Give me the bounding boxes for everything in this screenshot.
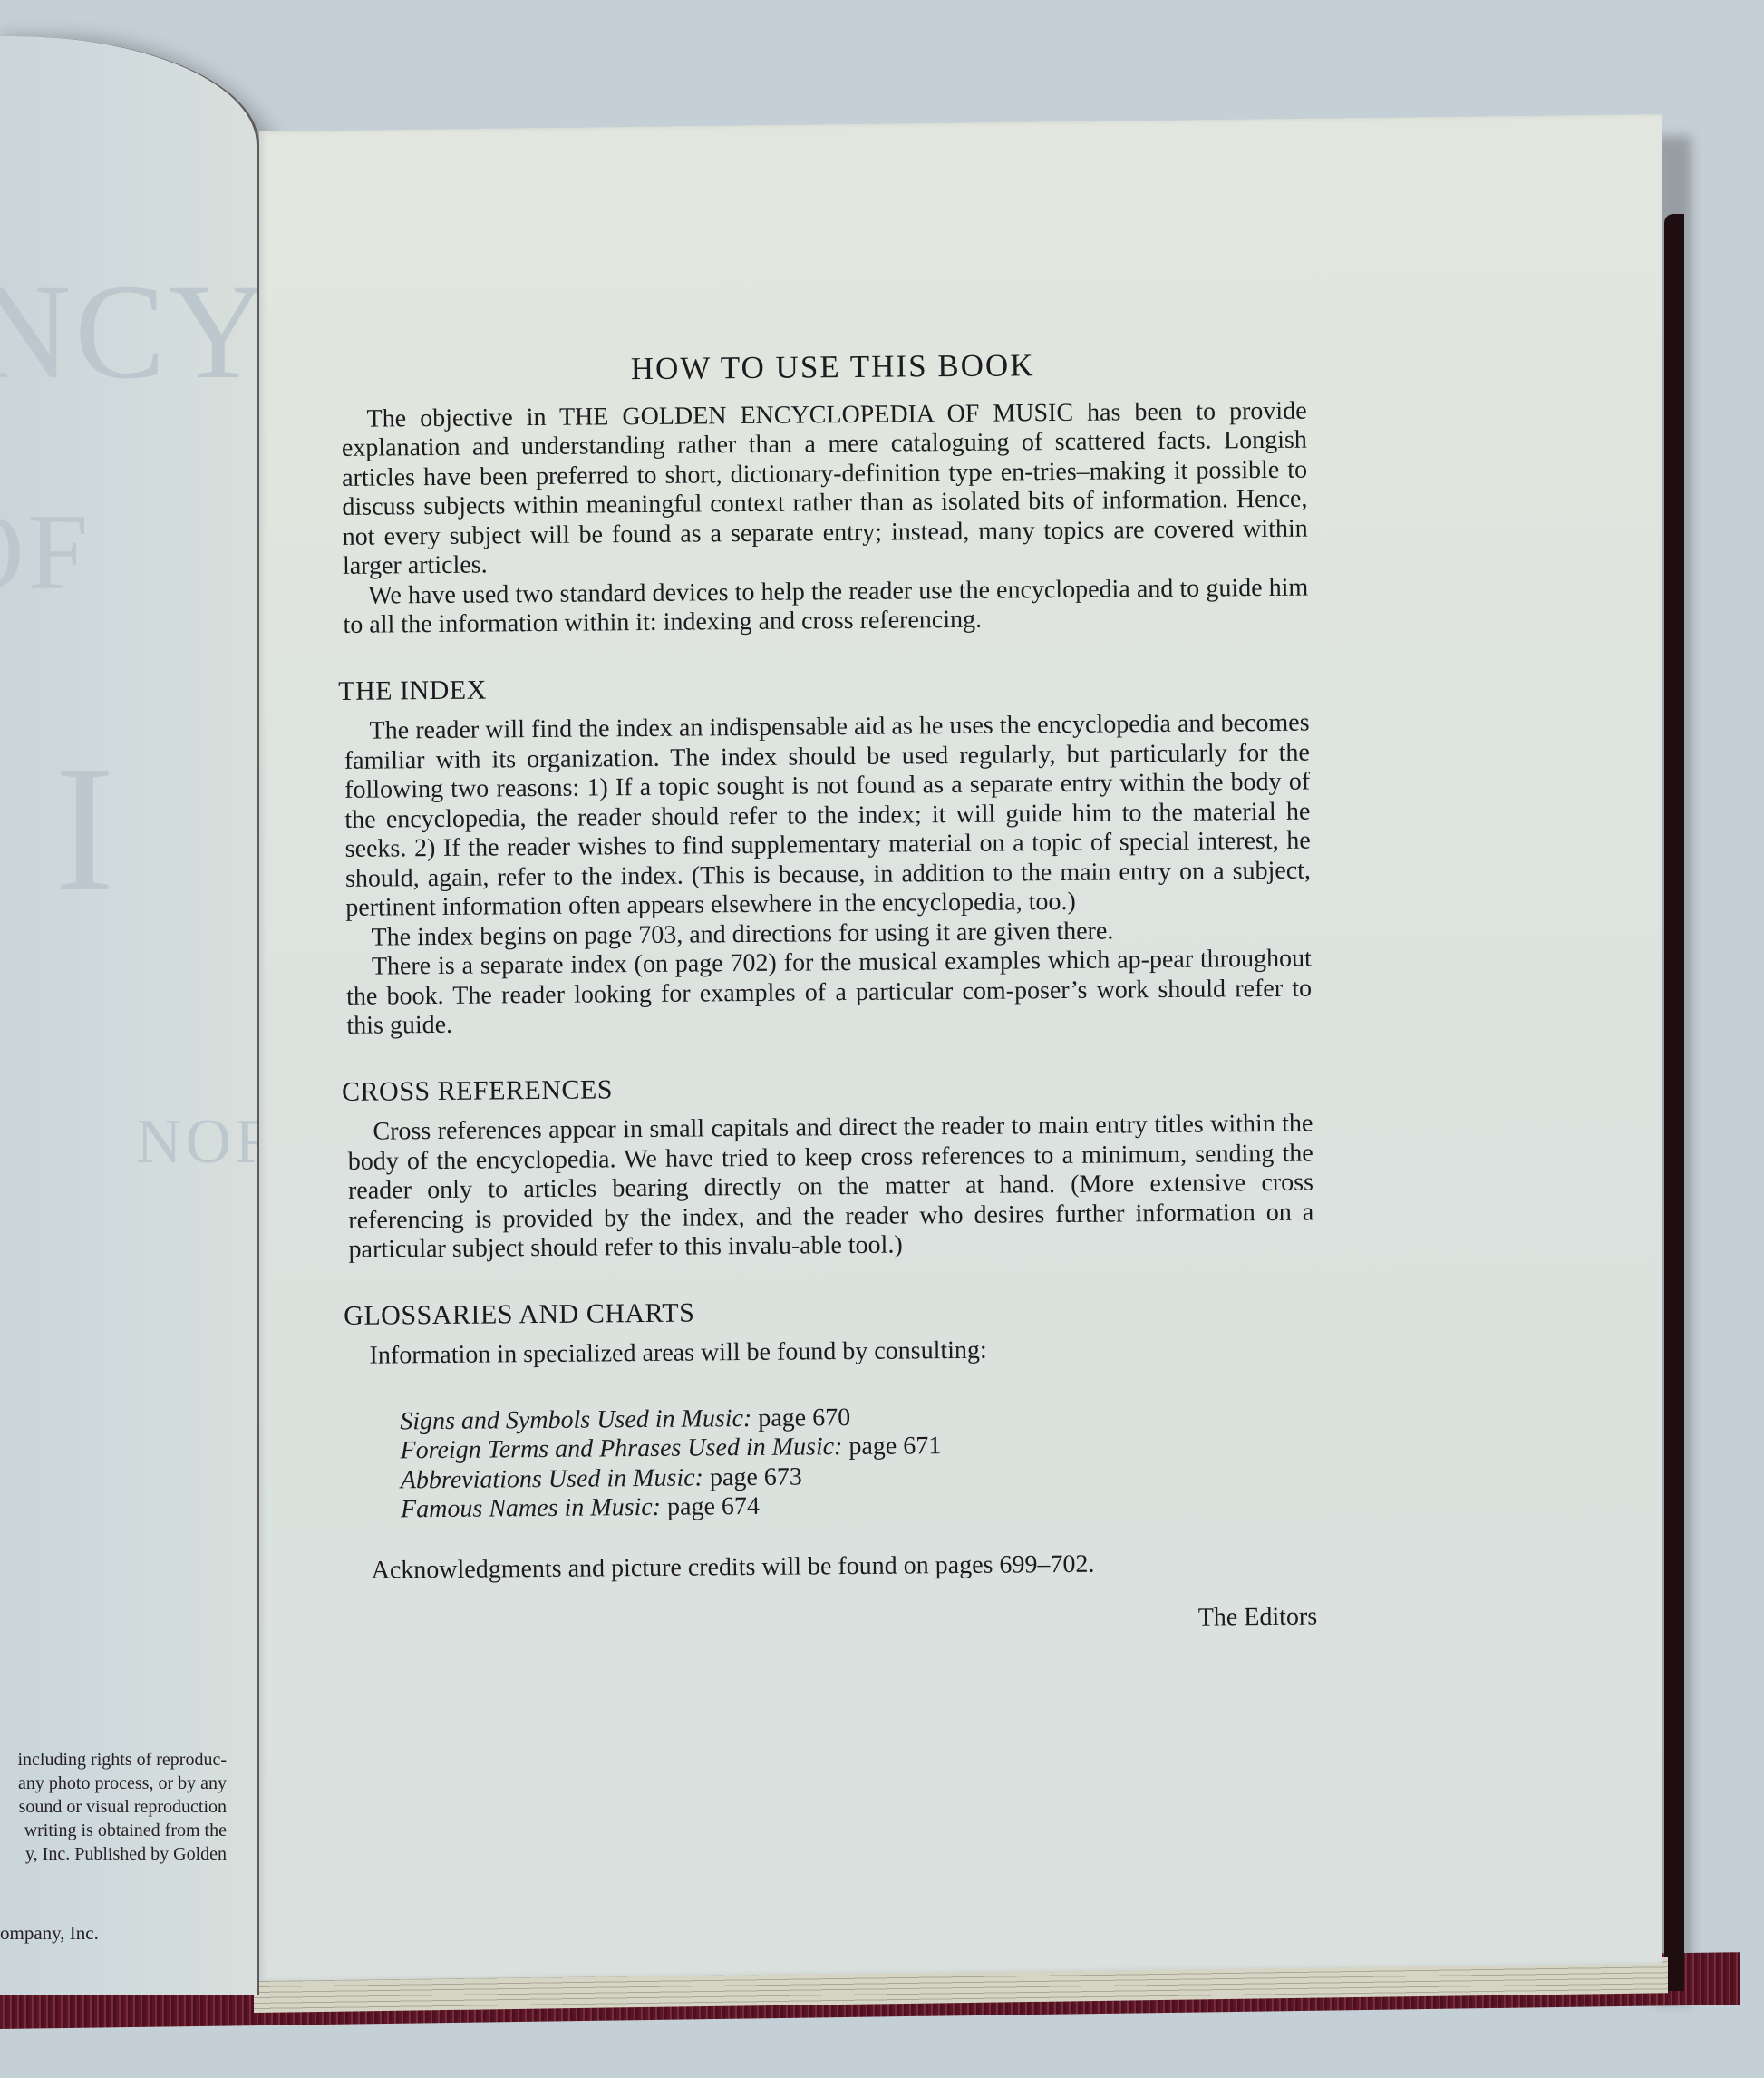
copyright-line: y, Inc. Published by Golden [0, 1842, 227, 1866]
glossary-title: Signs and Symbols Used in Music: [400, 1403, 751, 1434]
publisher-fragment: ompany, Inc. [0, 1922, 99, 1945]
copyright-line: writing is obtained from the [0, 1819, 227, 1842]
copyright-line: including rights of reproduc- [0, 1748, 227, 1772]
page-content: HOW TO USE THIS BOOK The objective in TH… [341, 349, 1317, 1641]
glossary-page: page 674 [667, 1492, 760, 1521]
copyright-notice: including rights of reproduc- any photo … [0, 1748, 227, 1866]
glossary-page: page 671 [848, 1432, 941, 1461]
section-heading: CROSS REFERENCES [342, 1069, 1313, 1107]
glossary-page: page 670 [758, 1403, 850, 1432]
glossary-title: Famous Names in Music: [401, 1493, 661, 1524]
intro-paragraph: We have used two standard devices to hel… [343, 573, 1309, 640]
glossary-title: Abbreviations Used in Music: [401, 1463, 703, 1494]
glossary-list: Signs and Symbols Used in Music: page 67… [350, 1399, 1316, 1525]
section-index: THE INDEX The reader will find the index… [344, 668, 1312, 1041]
section-paragraph: Cross references appear in small capital… [347, 1110, 1313, 1266]
section-heading: THE INDEX [338, 668, 1309, 706]
signature: The Editors [352, 1603, 1317, 1641]
right-page: HOW TO USE THIS BOOK The objective in TH… [259, 114, 1662, 1981]
glossary-page: page 673 [710, 1462, 802, 1491]
section-heading: GLOSSARIES AND CHARTS [344, 1293, 1314, 1331]
acknowledgments-note: Acknowledgments and picture credits will… [372, 1548, 1317, 1586]
intro-paragraph: The objective in THE GOLDEN ENCYCLOPEDIA… [341, 396, 1308, 581]
book-cover-right-edge [1664, 214, 1684, 1991]
section-cross-references: CROSS REFERENCES Cross references appear… [347, 1069, 1314, 1265]
section-paragraph: The reader will find the index an indisp… [344, 709, 1311, 924]
show-through-text: NORM [136, 1106, 259, 1179]
glossary-title: Foreign Terms and Phrases Used in Music: [400, 1432, 842, 1464]
copyright-line: any photo process, or by any [0, 1772, 227, 1795]
page-title: HOW TO USE THIS BOOK [350, 349, 1315, 387]
show-through-text: OF [0, 490, 92, 615]
section-glossaries: GLOSSARIES AND CHARTS Information in spe… [349, 1293, 1316, 1525]
copyright-line: sound or visual reproduction [0, 1795, 227, 1819]
show-through-text: I [54, 725, 119, 933]
glossary-intro: Information in specialized areas will be… [369, 1334, 1314, 1372]
show-through-text: NCYC [0, 254, 259, 410]
section-paragraph: There is a separate index (on page 702) … [346, 945, 1313, 1042]
left-page: NCYC OF I NORM including rights of repro… [0, 36, 259, 1995]
